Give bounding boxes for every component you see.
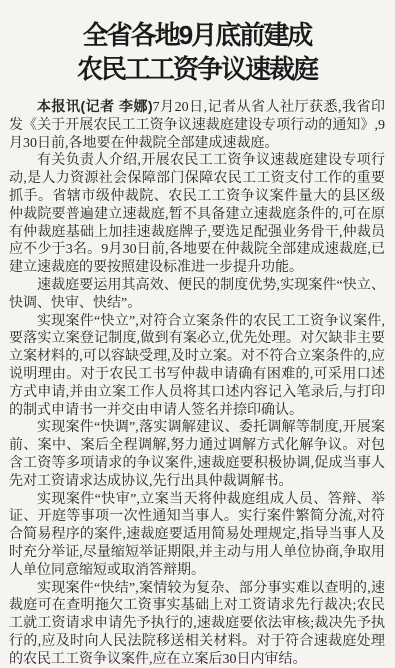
paragraph-2: 有关负责人介绍,开展农民工工资争议速裁庭建设专项行动,是人力资源社会保障部门保障… bbox=[9, 152, 385, 277]
article-headline: 全省各地9月底前建成 农民工工资争议速裁庭 bbox=[9, 18, 385, 86]
paragraph-6: 实现案件“快审”,立案当天将仲裁庭组成人员、答辩、举证、开庭等事项一次性通知当事… bbox=[9, 491, 385, 580]
headline-line-2: 农民工工资争议速裁庭 bbox=[9, 52, 385, 86]
paragraph-3: 速裁庭要运用其高效、便民的制度优势,实现案件“快立、快调、快审、快结”。 bbox=[9, 277, 385, 313]
paragraph-7: 实现案件“快结”,案情较为复杂、部分事实难以查明的,速裁庭可在查明拖欠工资事实基… bbox=[9, 580, 385, 668]
reporter-byline: (记者 李娜) bbox=[80, 98, 152, 114]
dateline-label: 本报讯 bbox=[37, 98, 80, 114]
lead-paragraph: 本报讯(记者 李娜)7月20日,记者从省人社厅获悉,我省印发《关于开展农民工工资… bbox=[9, 98, 385, 152]
headline-line-1: 全省各地9月底前建成 bbox=[9, 18, 385, 52]
newspaper-page: 全省各地9月底前建成 农民工工资争议速裁庭 本报讯(记者 李娜)7月20日,记者… bbox=[0, 0, 395, 668]
paragraph-4: 实现案件“快立”,对符合立案条件的农民工工资争议案件,要落实立案登记制度,做到有… bbox=[9, 313, 385, 420]
paragraph-5: 实现案件“快调”,落实调解建议、委托调解等制度,开展案前、案中、案后全程调解,努… bbox=[9, 419, 385, 490]
article-body: 本报讯(记者 李娜)7月20日,记者从省人社厅获悉,我省印发《关于开展农民工工资… bbox=[9, 98, 385, 668]
